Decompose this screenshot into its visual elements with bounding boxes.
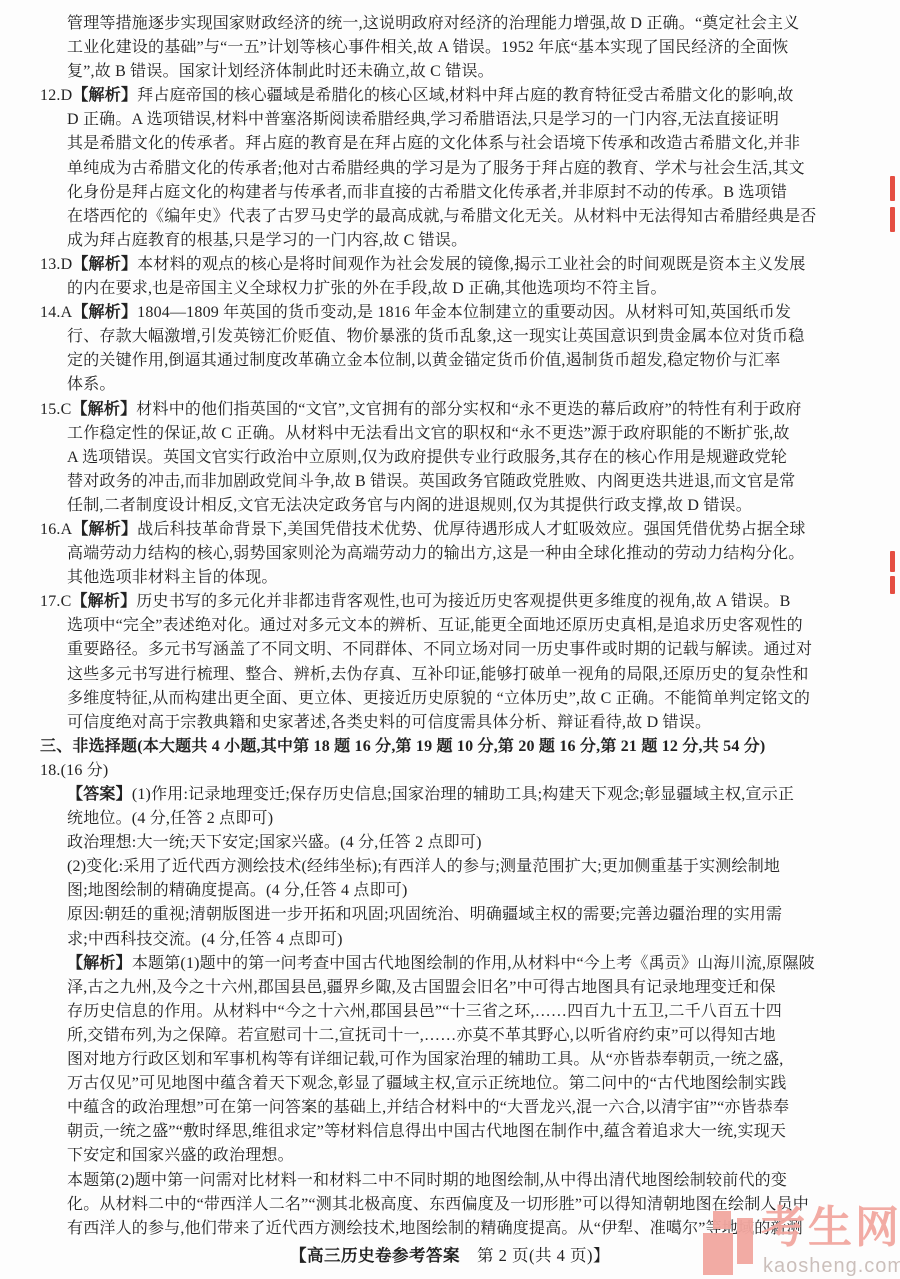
text-segment: 朝贡,一统之盛”“敷时绎思,维徂求定”等材料信息得出中国古代地图在制作中,蕴含着…	[67, 1123, 786, 1140]
text-segment: 下安定和国家兴盛的政治理想。	[67, 1147, 294, 1164]
bold-text-segment: 【解析】	[72, 521, 137, 538]
text-segment: 体系。	[67, 376, 116, 393]
text-line: 重要路径。多元书写涵盖了不同文明、不同群体、不同立场对同一历史事件或时期的记载与…	[40, 638, 816, 662]
text-segment: 有西洋人的参与,他们带来了近代西方测绘技术,地图绘制的精确度提高。从“伊犁、准噶…	[67, 1220, 803, 1237]
text-segment: (1)作用:记录地理变迁;保存历史信息;国家治理的辅助工具;构建天下观念;彰显疆…	[132, 786, 794, 803]
red-edge-mark	[890, 207, 895, 232]
text-line: 化身份是拜占庭文化的构建者与传承者,而非直接的古希腊文化传承者,并非原封不动的传…	[40, 181, 816, 205]
text-segment: 存历史信息的作用。从材料中“今之十六州,郡国县邑”“十三省之环,……四百九十五卫…	[67, 1003, 782, 1020]
text-segment: 原因:朝廷的重视;清朝版图进一步开拓和巩固;巩固统治、明确疆域主权的需要;完善边…	[67, 906, 782, 923]
text-segment: 行、存款大幅激增,引发英镑汇价贬值、物价暴涨的货币乱象,这一现实让英国意识到贵金…	[67, 328, 804, 345]
text-segment: 多维度特征,从而构建出更全面、更立体、更接近历史原貌的 “立体历史”,故 C 正…	[67, 690, 810, 707]
text-line: 本题第(2)题中第一问需对比材料一和材料二中不同时期的地图绘制,从中得出清代地图…	[40, 1169, 816, 1193]
bold-text-segment: 【解析】	[72, 304, 137, 321]
kaosheng-watermark: 考生网 kaosheng.com	[703, 1209, 900, 1279]
text-segment: 工作稳定性的保证,故 C 正确。从材料中无法看出文官的职权和“永不更迭”源于政府…	[67, 425, 790, 442]
text-segment: 15.C	[40, 401, 71, 418]
text-line: A 选项错误。英国文官实行政治中立原则,仅为政府提供专业行政服务,其存在的核心作…	[40, 446, 816, 470]
bold-text-segment: 【解析】	[72, 256, 137, 273]
text-line: 泽,古之九州,及今之十六州,郡国县邑,疆界乡陬,及古国盟会旧名”中可得古地图具有…	[40, 976, 816, 1000]
text-line: 中蕴含的政治理想”可在第一问答案的基础上,并结合材料中的“大晋龙兴,混一六合,以…	[40, 1096, 816, 1120]
red-edge-mark	[890, 576, 895, 594]
text-segment: 1804—1809 年英国的货币变动,是 1816 年金本位制建立的重要动因。从…	[137, 304, 791, 321]
text-line: 高端劳动力结构的核心,弱势国家则沦为高端劳动力的输出方,这是一种由全球化推动的劳…	[40, 542, 816, 566]
bold-text-segment: 三、非选择题(本大题共 4 小题,其中第 18 题 16 分,第 19 题 10…	[40, 738, 765, 755]
text-line: 统地位。(4 分,任答 2 点即可)	[40, 807, 816, 831]
text-segment: 18.(16 分)	[40, 762, 108, 779]
bold-text-segment: 【解析】	[72, 87, 137, 104]
text-line: 管理等措施逐步实现国家财政经济的统一,这说明政府对经济的治理能力增强,故 D 正…	[40, 12, 816, 36]
text-segment: 历史书写的多元化并非都违背客观性,也可为接近历史客观提供更多维度的视角,故 A …	[136, 593, 790, 610]
text-segment: 其他选项非材料主旨的体现。	[67, 569, 278, 586]
text-segment: 高端劳动力结构的核心,弱势国家则沦为高端劳动力的输出方,这是一种由全球化推动的劳…	[67, 545, 804, 562]
text-segment: 泽,古之九州,及今之十六州,郡国县邑,疆界乡陬,及古国盟会旧名”中可得古地图具有…	[67, 979, 776, 996]
text-line: 这些多元书写进行梳理、整合、辨析,去伪存真、互补印证,能够打破单一视角的局限,还…	[40, 663, 816, 687]
text-segment: 单纯成为古希腊文化的传承者;他对古希腊经典的学习是为了服务于拜占庭的教育、学术与…	[67, 160, 805, 177]
text-segment: (2)变化:采用了近代西方测绘技术(经纬坐标);有西洋人的参与;测量范围扩大;更…	[67, 858, 780, 875]
watermark-logo-block	[737, 1218, 753, 1264]
text-line: 下安定和国家兴盛的政治理想。	[40, 1144, 816, 1168]
text-segment: 统地位。(4 分,任答 2 点即可)	[67, 810, 273, 827]
watermark-logo-block	[713, 1211, 731, 1229]
text-line: 有西洋人的参与,他们带来了近代西方测绘技术,地图绘制的精确度提高。从“伊犁、准噶…	[40, 1217, 816, 1241]
text-line: 在塔西佗的《编年史》代表了古罗马史学的最高成就,与希腊文化无关。从材料中无法得知…	[40, 205, 816, 229]
exam-answer-page: 管理等措施逐步实现国家财政经济的统一,这说明政府对经济的治理能力增强,故 D 正…	[0, 0, 900, 1279]
text-segment: 化身份是拜占庭文化的构建者与传承者,而非直接的古希腊文化传承者,并非原封不动的传…	[67, 184, 787, 201]
text-segment: 定的关键作用,倒逼其通过制度改革确立金本位制,以黄金锚定货币价值,遏制货币超发,…	[67, 352, 780, 369]
red-edge-mark	[890, 176, 895, 201]
text-line: (2)变化:采用了近代西方测绘技术(经纬坐标);有西洋人的参与;测量范围扩大;更…	[40, 855, 816, 879]
watermark-site-domain: kaosheng.com	[763, 1255, 900, 1277]
q11-continuation: 管理等措施逐步实现国家财政经济的统一,这说明政府对经济的治理能力增强,故 D 正…	[40, 12, 816, 84]
text-segment: 管理等措施逐步实现国家财政经济的统一,这说明政府对经济的治理能力增强,故 D 正…	[67, 15, 799, 32]
document-text: 管理等措施逐步实现国家财政经济的统一,这说明政府对经济的治理能力增强,故 D 正…	[40, 12, 816, 1241]
text-segment: 本题第(2)题中第一问需对比材料一和材料二中不同时期的地图绘制,从中得出清代地图…	[67, 1172, 787, 1189]
text-line: 行、存款大幅激增,引发英镑汇价贬值、物价暴涨的货币乱象,这一现实让英国意识到贵金…	[40, 325, 816, 349]
text-segment: 图;地图绘制的精确度提高。(4 分,任答 4 点即可)	[67, 882, 408, 899]
text-segment: D 正确。A 选项错误,材料中普塞洛斯阅读希腊经典,学习希腊语法,只是学习的一门…	[67, 111, 779, 128]
text-segment: 复”,故 B 错误。国家计划经济体制此时还未确立,故 C 错误。	[67, 63, 494, 80]
text-line: 三、非选择题(本大题共 4 小题,其中第 18 题 16 分,第 19 题 10…	[40, 735, 816, 759]
text-segment: 材料中的他们指英国的“文官”,文官拥有的部分实权和“永不更迭的幕后政府”的特性有…	[136, 401, 801, 418]
q18-analysis: 【解析】本题第(1)题中的第一问考查中国古代地图绘制的作用,从材料中“今上考《禹…	[40, 952, 816, 1241]
text-segment: 第 2 页(共 4 页)】	[460, 1246, 610, 1265]
text-segment: 12.D	[40, 87, 72, 104]
watermark-site-name: 考生网	[761, 1203, 900, 1253]
text-line: 15.C【解析】材料中的他们指英国的“文官”,文官拥有的部分实权和“永不更迭的幕…	[40, 398, 816, 422]
text-segment: 战后科技革命背景下,美国凭借技术优势、优厚待遇形成人才虹吸效应。强国凭借优势占据…	[137, 521, 805, 538]
text-line: 的内在要求,也是帝国主义全球权力扩张的外在手段,故 D 正确,其他选项均不符主旨…	[40, 277, 816, 301]
bold-text-segment: 【高三历史卷参考答案	[290, 1246, 460, 1265]
bold-text-segment: 【解析】	[67, 955, 132, 972]
text-segment: 化。从材料二中的“带西洋人二名”“测其北极高度、东西偏度及一切形胜”可以得知清朝…	[67, 1196, 809, 1213]
text-line: 朝贡,一统之盛”“敷时绎思,维徂求定”等材料信息得出中国古代地图在制作中,蕴含着…	[40, 1120, 816, 1144]
text-line: 所,交错布列,为之保障。若宣慰司十二,宣抚司十一,……亦莫不革其野心,以听省府约…	[40, 1024, 816, 1048]
text-line: 任制,二者制度设计相反,文官无法决定政务官与内阁的进退规则,仅为其提供行政支撑,…	[40, 494, 816, 518]
text-line: 存历史信息的作用。从材料中“今之十六州,郡国县邑”“十三省之环,……四百九十五卫…	[40, 1000, 816, 1024]
text-segment: 其是希腊文化的传承者。拜占庭的教育是在拜占庭的文化体系与社会语境下传承和改造古希…	[67, 135, 800, 152]
text-line: 13.D【解析】本材料的观点的核心是将时间观作为社会发展的镜像,揭示工业社会的时…	[40, 253, 816, 277]
text-line: 工作稳定性的保证,故 C 正确。从材料中无法看出文官的职权和“永不更迭”源于政府…	[40, 422, 816, 446]
text-segment: 14.A	[40, 304, 72, 321]
text-line: 可信度绝对高于宗教典籍和史家著述,各类史料的可信度需具体分析、辩证看待,故 D …	[40, 711, 816, 735]
text-line: 17.C【解析】历史书写的多元化并非都违背客观性,也可为接近历史客观提供更多维度…	[40, 590, 816, 614]
text-line: 原因:朝廷的重视;清朝版图进一步开拓和巩固;巩固统治、明确疆域主权的需要;完善边…	[40, 903, 816, 927]
text-segment: 的内在要求,也是帝国主义全球权力扩张的外在手段,故 D 正确,其他选项均不符主旨…	[67, 280, 667, 297]
text-line: 政治理想:大一统;天下安定;国家兴盛。(4 分,任答 2 点即可)	[40, 831, 816, 855]
text-segment: A 选项错误。英国文官实行政治中立原则,仅为政府提供专业行政服务,其存在的核心作…	[67, 449, 787, 466]
bold-text-segment: 【答案】	[67, 786, 132, 803]
text-line: 复”,故 B 错误。国家计划经济体制此时还未确立,故 C 错误。	[40, 60, 816, 84]
text-line: 化。从材料二中的“带西洋人二名”“测其北极高度、东西偏度及一切形胜”可以得知清朝…	[40, 1193, 816, 1217]
text-line: D 正确。A 选项错误,材料中普塞洛斯阅读希腊经典,学习希腊语法,只是学习的一门…	[40, 108, 816, 132]
text-segment: 中蕴含的政治理想”可在第一问答案的基础上,并结合材料中的“大晋龙兴,混一六合,以…	[67, 1099, 789, 1116]
text-segment: 求;中西科技交流。(4 分,任答 4 点即可)	[67, 931, 343, 948]
text-segment: 所,交错布列,为之保障。若宣慰司十二,宣抚司十一,……亦莫不革其野心,以听省府约…	[67, 1027, 776, 1044]
q16-explanation: 16.A【解析】战后科技革命背景下,美国凭借技术优势、优厚待遇形成人才虹吸效应。…	[40, 518, 816, 590]
text-segment: 本题第(1)题中的第一问考查中国古代地图绘制的作用,从材料中“今上考《禹贡》山海…	[132, 955, 815, 972]
text-segment: 在塔西佗的《编年史》代表了古罗马史学的最高成就,与希腊文化无关。从材料中无法得知…	[67, 208, 816, 225]
text-line: 12.D【解析】拜占庭帝国的核心疆域是希腊化的核心区域,材料中拜占庭的教育特征受…	[40, 84, 816, 108]
text-segment: 13.D	[40, 256, 72, 273]
text-line: 14.A【解析】1804—1809 年英国的货币变动,是 1816 年金本位制建…	[40, 301, 816, 325]
text-line: 多维度特征,从而构建出更全面、更立体、更接近历史原貌的 “立体历史”,故 C 正…	[40, 687, 816, 711]
text-segment: 万古仅见”可见地图中蕴含着天下观念,彰显了疆域主权,宣示正统地位。第二问中的“古…	[67, 1075, 787, 1092]
red-edge-mark	[890, 551, 895, 572]
bold-text-segment: 【解析】	[71, 593, 136, 610]
text-line: 其他选项非材料主旨的体现。	[40, 566, 816, 590]
text-line: 单纯成为古希腊文化的传承者;他对古希腊经典的学习是为了服务于拜占庭的教育、学术与…	[40, 157, 816, 181]
q18-header: 18.(16 分)	[40, 759, 816, 783]
text-line: 18.(16 分)	[40, 759, 816, 783]
q17-explanation: 17.C【解析】历史书写的多元化并非都违背客观性,也可为接近历史客观提供更多维度…	[40, 590, 816, 735]
text-segment: 政治理想:大一统;天下安定;国家兴盛。(4 分,任答 2 点即可)	[67, 834, 482, 851]
text-segment: 选项中“完全”表述绝对化。通过对多元文本的辨析、互证,能更全面地还原历史真相,是…	[67, 617, 803, 634]
text-segment: 替对政务的冲击,而非加剧政党间斗争,故 B 错误。英国政务官随政党胜败、内阁更迭…	[67, 473, 795, 490]
watermark-logo-block	[703, 1233, 733, 1275]
text-line: 定的关键作用,倒逼其通过制度改革确立金本位制,以黄金锚定货币价值,遏制货币超发,…	[40, 349, 816, 373]
text-line: 成为拜占庭教育的根基,只是学习的一门内容,故 C 错误。	[40, 229, 816, 253]
q15-explanation: 15.C【解析】材料中的他们指英国的“文官”,文官拥有的部分实权和“永不更迭的幕…	[40, 398, 816, 518]
text-segment: 这些多元书写进行梳理、整合、辨析,去伪存真、互补印证,能够打破单一视角的局限,还…	[67, 666, 809, 683]
text-line: 体系。	[40, 373, 816, 397]
text-segment: 工业化建设的基础”与“一五”计划等核心事件相关,故 A 错误。1952 年底“基…	[67, 39, 788, 56]
text-line: 图;地图绘制的精确度提高。(4 分,任答 4 点即可)	[40, 879, 816, 903]
text-segment: 可信度绝对高于宗教典籍和史家著述,各类史料的可信度需具体分析、辩证看待,故 D …	[67, 714, 711, 731]
text-segment: 拜占庭帝国的核心疆域是希腊化的核心区域,材料中拜占庭的教育特征受古希腊文化的影响…	[137, 87, 793, 104]
text-line: 工业化建设的基础”与“一五”计划等核心事件相关,故 A 错误。1952 年底“基…	[40, 36, 816, 60]
text-line: 替对政务的冲击,而非加剧政党间斗争,故 B 错误。英国政务官随政党胜败、内阁更迭…	[40, 470, 816, 494]
text-line: 万古仅见”可见地图中蕴含着天下观念,彰显了疆域主权,宣示正统地位。第二问中的“古…	[40, 1072, 816, 1096]
text-segment: 成为拜占庭教育的根基,只是学习的一门内容,故 C 错误。	[67, 232, 467, 249]
text-line: 【解析】本题第(1)题中的第一问考查中国古代地图绘制的作用,从材料中“今上考《禹…	[40, 952, 816, 976]
text-line: 图对地方行政区划和军事机构等有详细记载,可作为国家治理的辅助工具。从“亦皆恭奉朝…	[40, 1048, 816, 1072]
q18-answer: 【答案】(1)作用:记录地理变迁;保存历史信息;国家治理的辅助工具;构建天下观念…	[40, 783, 816, 952]
q13-explanation: 13.D【解析】本材料的观点的核心是将时间观作为社会发展的镜像,揭示工业社会的时…	[40, 253, 816, 301]
text-segment: 本材料的观点的核心是将时间观作为社会发展的镜像,揭示工业社会的时间观既是资本主义…	[137, 256, 805, 273]
text-segment: 重要路径。多元书写涵盖了不同文明、不同群体、不同立场对同一历史事件或时期的记载与…	[67, 641, 812, 658]
text-segment: 17.C	[40, 593, 71, 610]
text-line: 16.A【解析】战后科技革命背景下,美国凭借技术优势、优厚待遇形成人才虹吸效应。…	[40, 518, 816, 542]
text-segment: 图对地方行政区划和军事机构等有详细记载,可作为国家治理的辅助工具。从“亦皆恭奉朝…	[67, 1051, 784, 1068]
section-heading: 三、非选择题(本大题共 4 小题,其中第 18 题 16 分,第 19 题 10…	[40, 735, 816, 759]
text-line: 选项中“完全”表述绝对化。通过对多元文本的辨析、互证,能更全面地还原历史真相,是…	[40, 614, 816, 638]
text-segment: 16.A	[40, 521, 72, 538]
text-line: 【答案】(1)作用:记录地理变迁;保存历史信息;国家治理的辅助工具;构建天下观念…	[40, 783, 816, 807]
text-segment: 任制,二者制度设计相反,文官无法决定政务官与内阁的进退规则,仅为其提供行政支撑,…	[67, 497, 752, 514]
q12-explanation: 12.D【解析】拜占庭帝国的核心疆域是希腊化的核心区域,材料中拜占庭的教育特征受…	[40, 84, 816, 253]
q14-explanation: 14.A【解析】1804—1809 年英国的货币变动,是 1816 年金本位制建…	[40, 301, 816, 397]
text-line: 其是希腊文化的传承者。拜占庭的教育是在拜占庭的文化体系与社会语境下传承和改造古希…	[40, 132, 816, 156]
bold-text-segment: 【解析】	[71, 401, 136, 418]
text-line: 求;中西科技交流。(4 分,任答 4 点即可)	[40, 928, 816, 952]
